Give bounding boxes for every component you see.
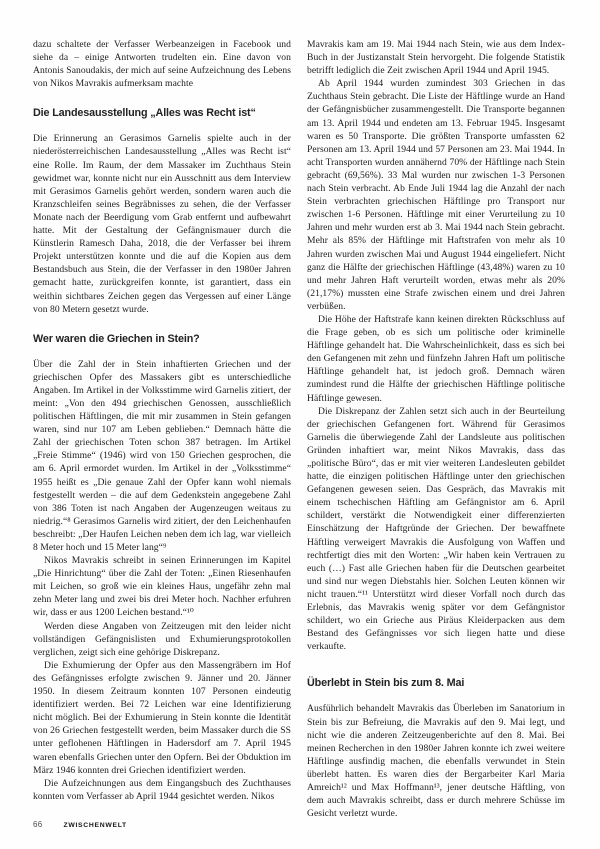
journal-page: dazu schaltete der Verfasser Werbeanzeig… [0,0,600,849]
section-heading: Wer waren die Griechen in Stein? [33,333,291,345]
page-number: 66 [33,820,43,829]
paragraph: Die Erinnerung an Gerasimos Garnelis spi… [33,132,291,315]
paragraph: Mavrakis kam am 19. Mai 1944 nach Stein,… [307,38,565,77]
paragraph: dazu schaltete der Verfasser Werbeanzeig… [33,38,291,90]
left-column: dazu schaltete der Verfasser Werbeanzeig… [33,38,291,820]
paragraph: Die Exhumierung der Opfer aus den Massen… [33,659,291,777]
section-heading: Die Landesausstellung „Alles was Recht i… [33,107,291,119]
paragraph: Die Aufzeichnungen aus dem Eingangsbuch … [33,777,291,803]
journal-name: ZWISCHENWELT [64,822,127,829]
paragraph: Die Diskrepanz der Zahlen setzt sich auc… [307,405,565,654]
text-columns: dazu schaltete der Verfasser Werbeanzeig… [33,38,565,820]
paragraph: Nikos Mavrakis schreibt in seinen Erinne… [33,554,291,619]
paragraph: Ab April 1944 wurden zumindest 303 Griec… [307,77,565,313]
paragraph: Über die Zahl der in Stein inhaftierten … [33,358,291,554]
paragraph: Ausführlich behandelt Mavrakis das Überl… [307,702,565,820]
page-footer: 66 ZWISCHENWELT [33,820,127,829]
paragraph: Werden diese Angaben von Zeitzeugen mit … [33,620,291,659]
section-heading: Überlebt in Stein bis zum 8. Mai [307,677,565,689]
paragraph: Die Höhe der Haftstrafe kann keinen dire… [307,313,565,405]
right-column: Mavrakis kam am 19. Mai 1944 nach Stein,… [307,38,565,820]
